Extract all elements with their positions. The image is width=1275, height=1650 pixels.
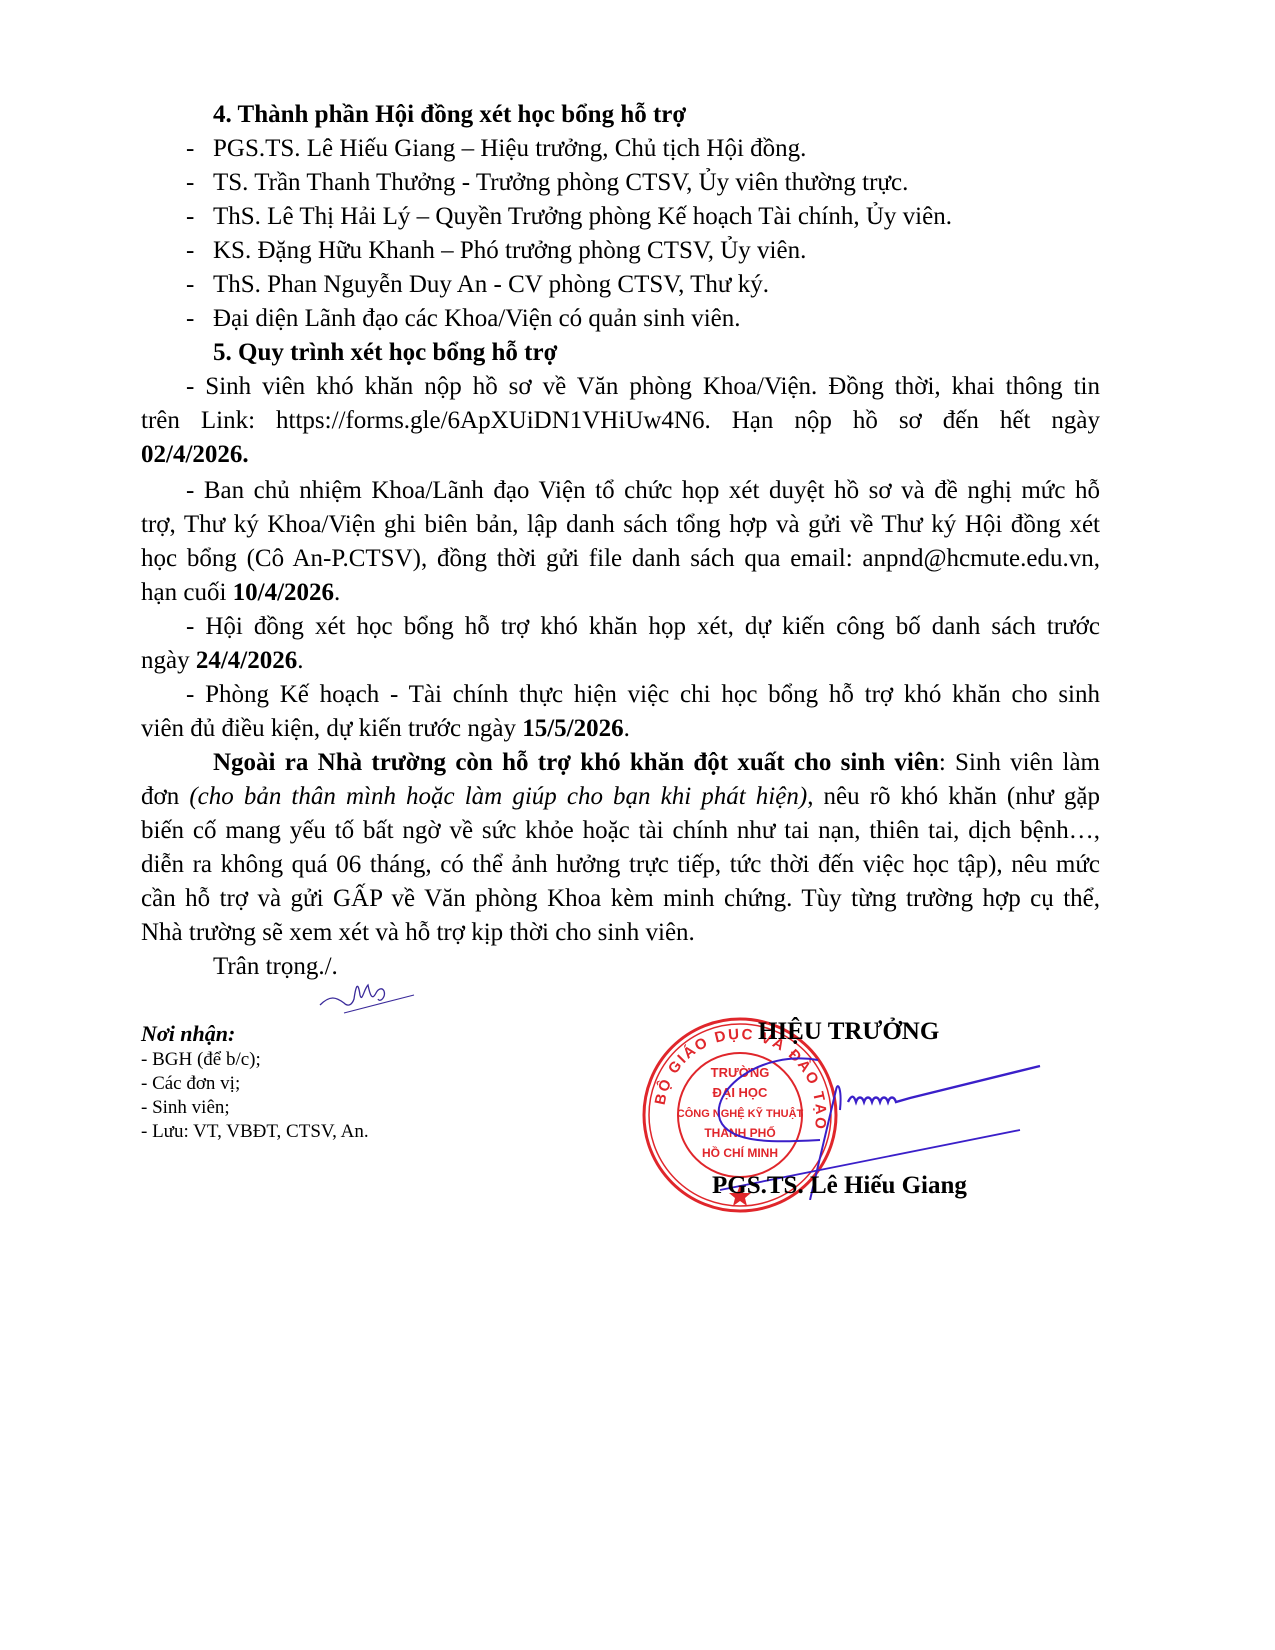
deadline-suffix: . xyxy=(624,715,630,742)
deadline-date: 15/5/2026 xyxy=(522,715,623,742)
recipient-item: - Các đơn vị; xyxy=(141,1072,240,1096)
step-line: - Hội đồng xét học bổng hỗ trợ khó khăn … xyxy=(186,610,1100,644)
paragraph-line: diễn ra không quá 06 tháng, có thể ảnh h… xyxy=(141,848,1100,882)
recipients-title: Nơi nhận: xyxy=(141,1022,235,1046)
deadline-prefix: hạn cuối xyxy=(141,579,233,606)
list-item: ThS. Lê Thị Hải Lý – Quyền Trưởng phòng … xyxy=(213,200,952,234)
list-item: Đại diện Lãnh đạo các Khoa/Viện có quản … xyxy=(213,302,741,336)
step-line: - Ban chủ nhiệm Khoa/Lãnh đạo Viện tổ ch… xyxy=(186,474,1100,508)
deadline-suffix: . xyxy=(297,647,303,674)
document-page: 4. Thành phần Hội đồng xét học bổng hỗ t… xyxy=(0,0,1275,1650)
section-5-heading: 5. Quy trình xét học bổng hỗ trợ xyxy=(213,336,557,370)
list-bullet: - xyxy=(186,234,194,268)
recipient-item: - BGH (để b/c); xyxy=(141,1048,261,1072)
list-item: PGS.TS. Lê Hiếu Giang – Hiệu trưởng, Chủ… xyxy=(213,132,806,166)
step-line: - Phòng Kế hoạch - Tài chính thực hiện v… xyxy=(186,678,1100,712)
recipient-item: - Sinh viên; xyxy=(141,1096,230,1120)
deadline-date: 02/4/2026. xyxy=(141,438,249,472)
list-bullet: - xyxy=(186,302,194,336)
deadline-prefix: viên đủ điều kiện, dự kiến trước ngày xyxy=(141,715,522,742)
paragraph-line: cần hỗ trợ và gửi GẤP về Văn phòng Khoa … xyxy=(141,882,1100,916)
paragraph-line: Nhà trường sẽ xem xét và hỗ trợ kịp thời… xyxy=(141,916,695,950)
step-line-link: trên Link: https://forms.gle/6ApXUiDN1VH… xyxy=(141,404,1100,438)
text-run: đơn xyxy=(141,783,189,810)
signer-name: PGS.TS. Lê Hiếu Giang xyxy=(712,1172,967,1200)
paragraph-line: đơn (cho bản thân mình hoặc làm giúp cho… xyxy=(141,780,1100,814)
section-4-heading: 4. Thành phần Hội đồng xét học bổng hỗ t… xyxy=(213,98,686,132)
list-item: ThS. Phan Nguyễn Duy An - CV phòng CTSV,… xyxy=(213,268,769,302)
paragraph-line: biến cố mang yếu tố bất ngờ về sức khỏe … xyxy=(141,814,1100,848)
emergency-lead-after: : Sinh viên làm xyxy=(939,749,1100,776)
deadline-line: hạn cuối 10/4/2026. xyxy=(141,576,340,610)
paragraph-line: Ngoài ra Nhà trường còn hỗ trợ khó khăn … xyxy=(213,746,1100,780)
emergency-lead: Ngoài ra Nhà trường còn hỗ trợ khó khăn … xyxy=(213,749,939,776)
deadline-date: 10/4/2026 xyxy=(233,579,334,606)
recipient-item: - Lưu: VT, VBĐT, CTSV, An. xyxy=(141,1120,369,1144)
list-item: KS. Đặng Hữu Khanh – Phó trưởng phòng CT… xyxy=(213,234,806,268)
deadline-prefix: ngày xyxy=(141,647,196,674)
deadline-suffix: . xyxy=(334,579,340,606)
step-line-email: học bổng (Cô An-P.CTSV), đồng thời gửi f… xyxy=(141,542,1100,576)
list-bullet: - xyxy=(186,200,194,234)
list-bullet: - xyxy=(186,268,194,302)
step-line: trợ, Thư ký Khoa/Viện ghi biên bản, lập … xyxy=(141,508,1100,542)
list-bullet: - xyxy=(186,166,194,200)
deadline-date: 24/4/2026 xyxy=(196,647,297,674)
list-item: TS. Trần Thanh Thưởng - Trưởng phòng CTS… xyxy=(213,166,908,200)
deadline-line: viên đủ điều kiện, dự kiến trước ngày 15… xyxy=(141,712,630,746)
step-line: - Sinh viên khó khăn nộp hồ sơ về Văn ph… xyxy=(186,370,1100,404)
italic-note: (cho bản thân mình hoặc làm giúp cho bạn… xyxy=(189,783,807,810)
deadline-line: ngày 24/4/2026. xyxy=(141,644,304,678)
list-bullet: - xyxy=(186,132,194,166)
signer-title: HIỆU TRƯỞNG xyxy=(758,1018,939,1046)
text-run: , nêu rõ khó khăn (như gặp xyxy=(807,783,1100,810)
initial-signature-icon xyxy=(318,975,418,1017)
